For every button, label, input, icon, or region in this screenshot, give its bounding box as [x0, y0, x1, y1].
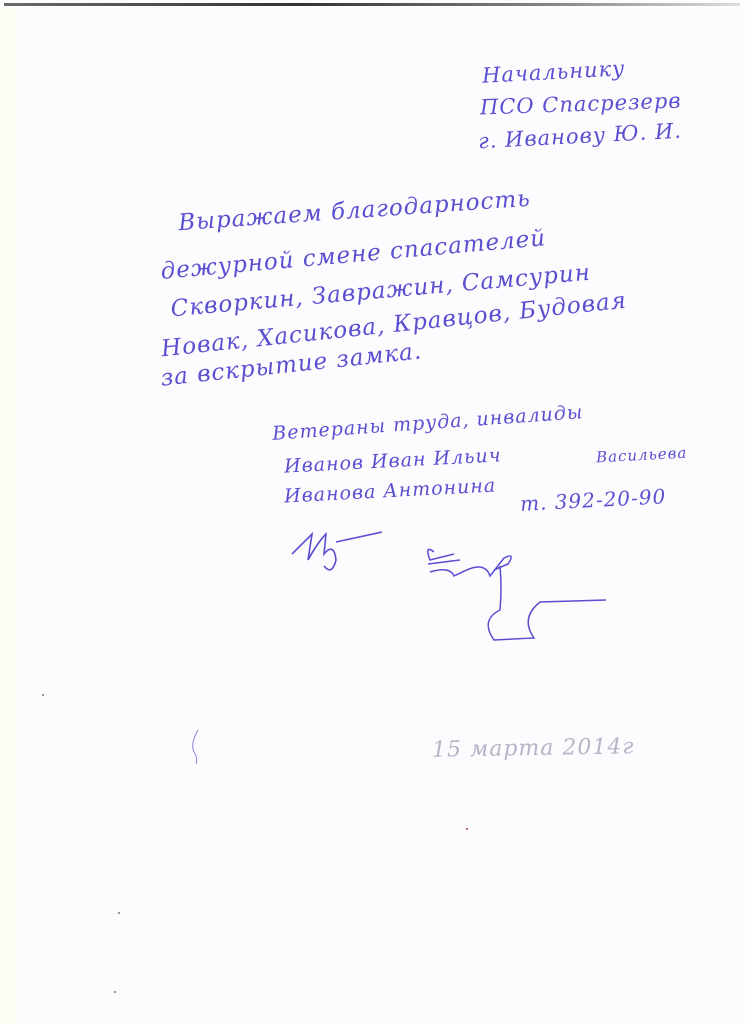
scan-speck [42, 694, 44, 696]
scan-speck [466, 828, 468, 830]
scan-speck [118, 912, 120, 914]
signature-ivanov [290, 520, 410, 580]
signature-ivanova [420, 540, 620, 650]
paper-sheet [16, 10, 742, 1024]
scan-edge-left [0, 8, 17, 1024]
scan-edge-top [4, 3, 740, 6]
stray-mark [188, 728, 202, 768]
scan-speck [114, 991, 116, 993]
letter-date: 15 марта 2014г [432, 734, 635, 763]
